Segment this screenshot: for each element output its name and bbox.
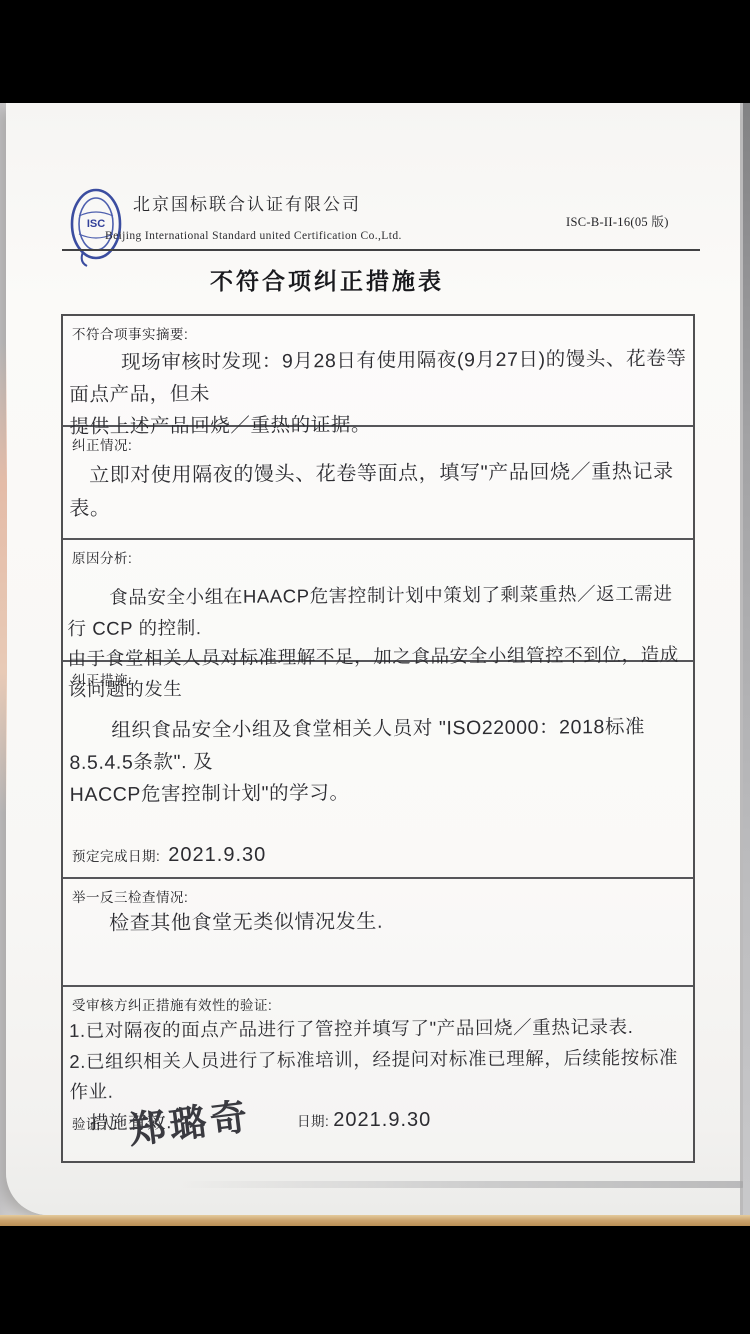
isc-logo-icon: ISC [69,186,123,268]
section-correction-status: 纠正情况: 立即对使用隔夜的馒头、花卷等面点，填写"产品回烧／重热记录表。 [63,427,693,540]
section-corrective-action: 纠正措施: 组织食品安全小组及食堂相关人员对 "ISO22000：2018标准8… [63,662,693,879]
company-name-en: Beijing International Standard united Ce… [105,230,402,242]
form-title: 不符合项纠正措施表 [62,263,592,296]
paper-crease [180,1181,745,1188]
paper-sheet: ISC 北京国标联合认证有限公司 Beijing International S… [6,103,740,1215]
verifier-label: 验证人: [72,1113,118,1133]
form-code: ISC-B-II-16(05 版) [566,212,706,230]
handwritten-text: 立即对使用隔夜的馒头、花卷等面点，填写"产品回烧／重热记录表。 [63,450,693,526]
handwritten-text: 检查其他食堂无类似情况发生. [63,902,693,941]
verification-signature-row: 验证人: 郑璐奇 日期: 2021.9.30 [72,1107,702,1155]
section-extended-check: 举一反三检查情况: 检查其他食堂无类似情况发生. [63,879,693,987]
due-date-label: 预定完成日期: [72,845,160,865]
due-date-row: 预定完成日期: 2021.9.30 [72,844,266,867]
date-value: 2021.9.30 [333,1109,431,1132]
due-date-value: 2021.9.30 [168,844,266,867]
corrective-action-form: 不符合项事实摘要: 现场审核时发现：9月28日有使用隔夜(9月27日)的馒头、花… [61,314,695,1163]
svg-text:ISC: ISC [87,218,105,230]
header-divider [62,249,700,251]
document-photo: ISC 北京国标联合认证有限公司 Beijing International S… [0,103,750,1226]
table-surface-edge [0,1215,750,1226]
section-cause-analysis: 原因分析: 食品安全小组在HAACP危害控制计划中策划了剩菜重热／返工需进行 C… [63,540,693,662]
company-name-cn: 北京国标联合认证有限公司 [133,190,361,215]
section-effectiveness-verification: 受审核方纠正措施有效性的验证: 1.已对隔夜的面点产品进行了管控并填写了"产品回… [63,987,693,1161]
handwritten-text: 组织食品安全小组及食堂相关人员对 "ISO22000：2018标准8.5.4.5… [63,685,694,812]
paper-curl-edge [0,343,7,813]
photo-right-edge [743,103,750,1226]
section-nonconformity-summary: 不符合项事实摘要: 现场审核时发现：9月28日有使用隔夜(9月27日)的馒头、花… [63,316,693,427]
date-label: 日期: [297,1110,329,1130]
verification-date-row: 日期: 2021.9.30 [297,1109,431,1132]
